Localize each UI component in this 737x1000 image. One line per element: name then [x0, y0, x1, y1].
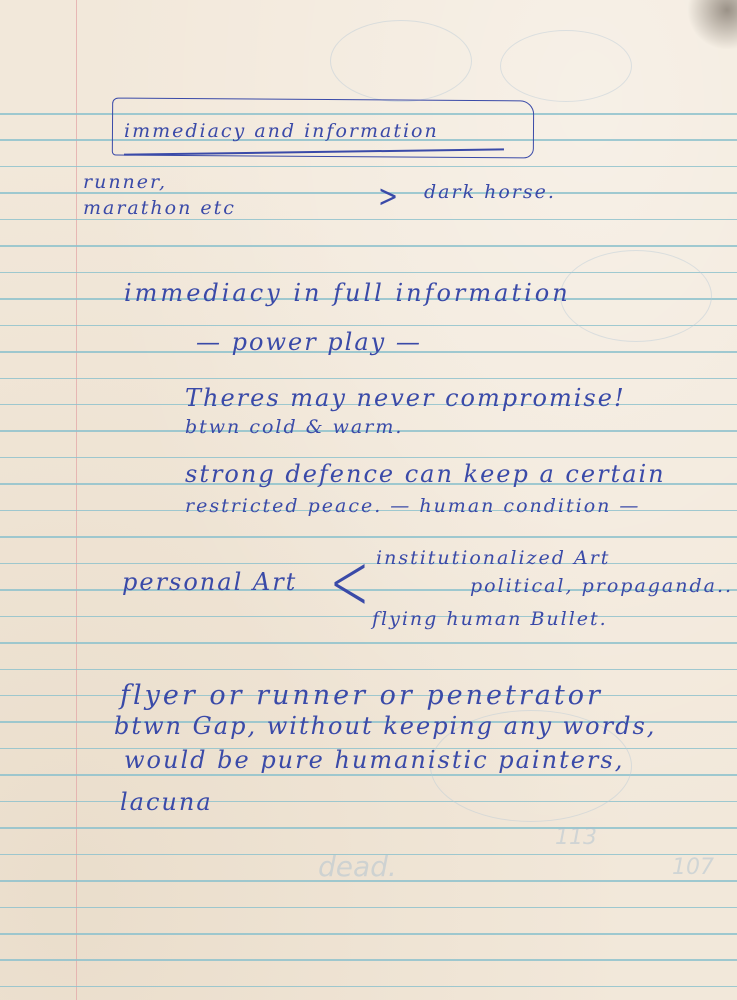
note-flying-human-bullet: flying human Bullet. [372, 610, 608, 629]
note-marathon: marathon etc [83, 199, 236, 218]
note-flyer-runner: flyer or runner or penetrator [120, 682, 603, 709]
ruled-line [0, 245, 737, 247]
note-humanistic-painters: would be pure humanistic painters, [124, 748, 624, 772]
brace-icon: < [329, 535, 369, 628]
ruled-line [0, 880, 737, 882]
note-btwn-gap: btwn Gap, without keeping any words, [114, 714, 656, 738]
bleed-text: 107 [672, 855, 714, 880]
ruled-line [0, 457, 737, 459]
note-compromise: Theres may never compromise! [185, 386, 626, 410]
notebook-page: dead. 113 107 immediacy and information … [0, 0, 737, 1000]
note-lacuna: lacuna [120, 790, 213, 814]
note-restricted-peace: restricted peace. — human condition — [185, 497, 640, 516]
note-personal-art: personal Art [122, 570, 297, 594]
ruled-line [0, 854, 737, 856]
note-power-play: — power play — [196, 330, 422, 354]
note-strong-defence: strong defence can keep a certain [185, 462, 666, 486]
ruled-line [0, 378, 737, 380]
note-immediacy-full: immediacy in full information [124, 281, 571, 305]
ruled-line [0, 801, 737, 803]
ruled-line [0, 959, 737, 961]
bleed-sketch [560, 250, 712, 342]
ruled-line [0, 669, 737, 671]
arrow-icon: > [378, 180, 400, 211]
note-institutionalized-art: institutionalized Art [376, 549, 610, 568]
ruled-line [0, 166, 737, 168]
note-runner: runner, [83, 173, 167, 192]
page-title: immediacy and information [124, 122, 439, 141]
bleed-sketch [500, 30, 632, 102]
note-cold-warm: btwn cold & warm. [185, 418, 403, 437]
note-political-propaganda: political, propaganda.. [470, 577, 733, 596]
ruled-line [0, 219, 737, 221]
bleed-sketch [330, 20, 472, 102]
ruled-line [0, 642, 737, 644]
ruled-line [0, 907, 737, 909]
ruled-line [0, 827, 737, 829]
ruled-line [0, 986, 737, 988]
margin-line [76, 0, 77, 1000]
page-corner-shadow [687, 0, 737, 50]
note-dark-horse: dark horse. [424, 183, 556, 202]
bleed-text: 113 [555, 825, 597, 850]
ruled-line [0, 933, 737, 935]
